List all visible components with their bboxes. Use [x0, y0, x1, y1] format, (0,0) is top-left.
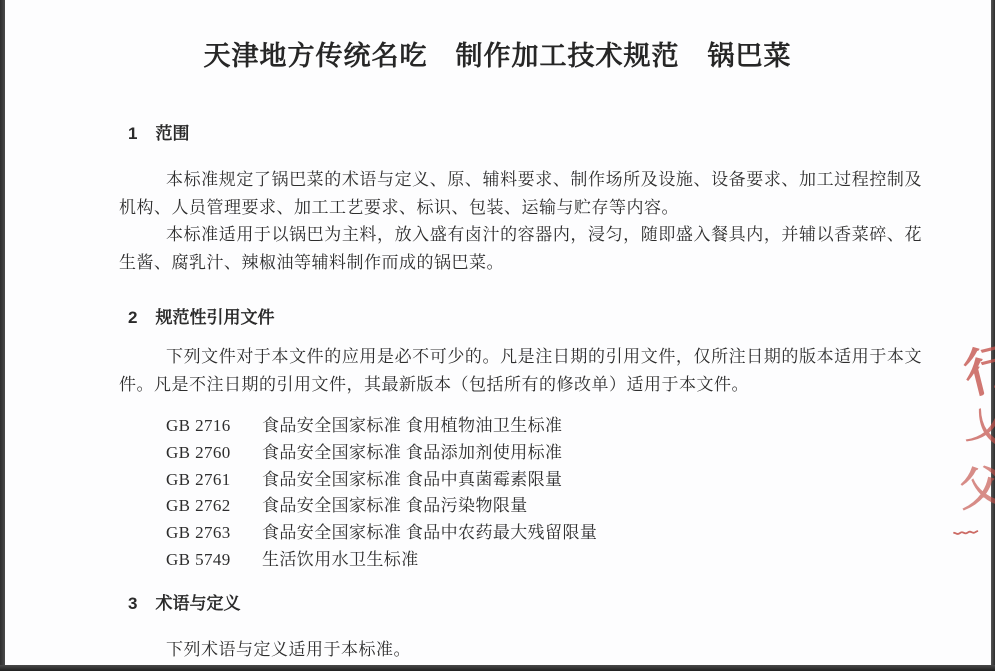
reference-title: 食品安全国家标准 食品污染物限量 — [262, 496, 528, 515]
reference-code: GB 2763 — [166, 520, 238, 547]
scan-edge-bottom — [0, 665, 995, 671]
section-3-body: 下列术语与定义适用于本标准。 — [119, 636, 922, 664]
reference-item: GB 2716食品安全国家标准 食用植物油卫生标准 — [166, 413, 597, 440]
section-3-title: 术语与定义 — [155, 594, 240, 613]
reference-item: GB 2763食品安全国家标准 食品中农药最大残留限量 — [166, 520, 597, 547]
reference-code: GB 2762 — [166, 493, 238, 520]
reference-code: GB 2716 — [166, 413, 238, 440]
normative-references-list: GB 2716食品安全国家标准 食用植物油卫生标准 GB 2760食品安全国家标… — [166, 413, 597, 574]
paragraph: 本标准规定了锅巴菜的术语与定义、原、辅料要求、制作场所及设施、设备要求、加工过程… — [119, 166, 922, 221]
stamp-fragment-icon: ﹏ — [952, 503, 976, 539]
paragraph: 下列术语与定义适用于本标准。 — [119, 636, 922, 664]
scan-edge-left — [0, 0, 5, 671]
reference-title: 食品安全国家标准 食用植物油卫生标准 — [262, 416, 562, 435]
stamp-fragment-icon: 行 — [955, 323, 995, 408]
section-3-heading: 3术语与定义 — [128, 589, 240, 614]
document-title: 天津地方传统名吃 制作加工技术规范 锅巴菜 — [0, 34, 995, 73]
reference-title: 食品安全国家标准 食品中农药最大残留限量 — [262, 523, 597, 542]
section-1-body: 本标准规定了锅巴菜的术语与定义、原、辅料要求、制作场所及设施、设备要求、加工过程… — [119, 166, 922, 276]
reference-code: GB 5749 — [166, 547, 238, 574]
section-1-heading: 1范围 — [128, 119, 189, 144]
scan-edge-right — [991, 0, 995, 671]
reference-item: GB 2761食品安全国家标准 食品中真菌霉素限量 — [166, 467, 597, 494]
reference-item: GB 2760食品安全国家标准 食品添加剂使用标准 — [166, 440, 597, 467]
reference-code: GB 2761 — [166, 467, 238, 494]
reference-title: 生活饮用水卫生标准 — [262, 550, 419, 569]
section-1-number: 1 — [128, 124, 137, 144]
section-2-number: 2 — [128, 308, 137, 328]
section-3-number: 3 — [128, 594, 137, 614]
stamp-fragment-icon: 父 — [956, 450, 995, 520]
scanned-document-page: 天津地方传统名吃 制作加工技术规范 锅巴菜 1范围 本标准规定了锅巴菜的术语与定… — [0, 0, 995, 671]
reference-item: GB 2762食品安全国家标准 食品污染物限量 — [166, 493, 597, 520]
section-2-heading: 2规范性引用文件 — [128, 303, 274, 328]
reference-title: 食品安全国家标准 食品添加剂使用标准 — [262, 443, 562, 462]
paragraph: 本标准适用于以锅巴为主料，放入盛有卤汁的容器内，浸匀，随即盛入餐具内，并辅以香菜… — [119, 221, 922, 276]
section-1-title: 范围 — [155, 124, 189, 143]
section-2-body: 下列文件对于本文件的应用是必不可少的。凡是注日期的引用文件，仅所注日期的版本适用… — [119, 343, 922, 398]
paragraph: 下列文件对于本文件的应用是必不可少的。凡是注日期的引用文件，仅所注日期的版本适用… — [119, 343, 922, 398]
reference-title: 食品安全国家标准 食品中真菌霉素限量 — [262, 470, 562, 489]
reference-item: GB 5749生活饮用水卫生标准 — [166, 547, 597, 574]
section-2-title: 规范性引用文件 — [155, 308, 274, 327]
reference-code: GB 2760 — [166, 440, 238, 467]
